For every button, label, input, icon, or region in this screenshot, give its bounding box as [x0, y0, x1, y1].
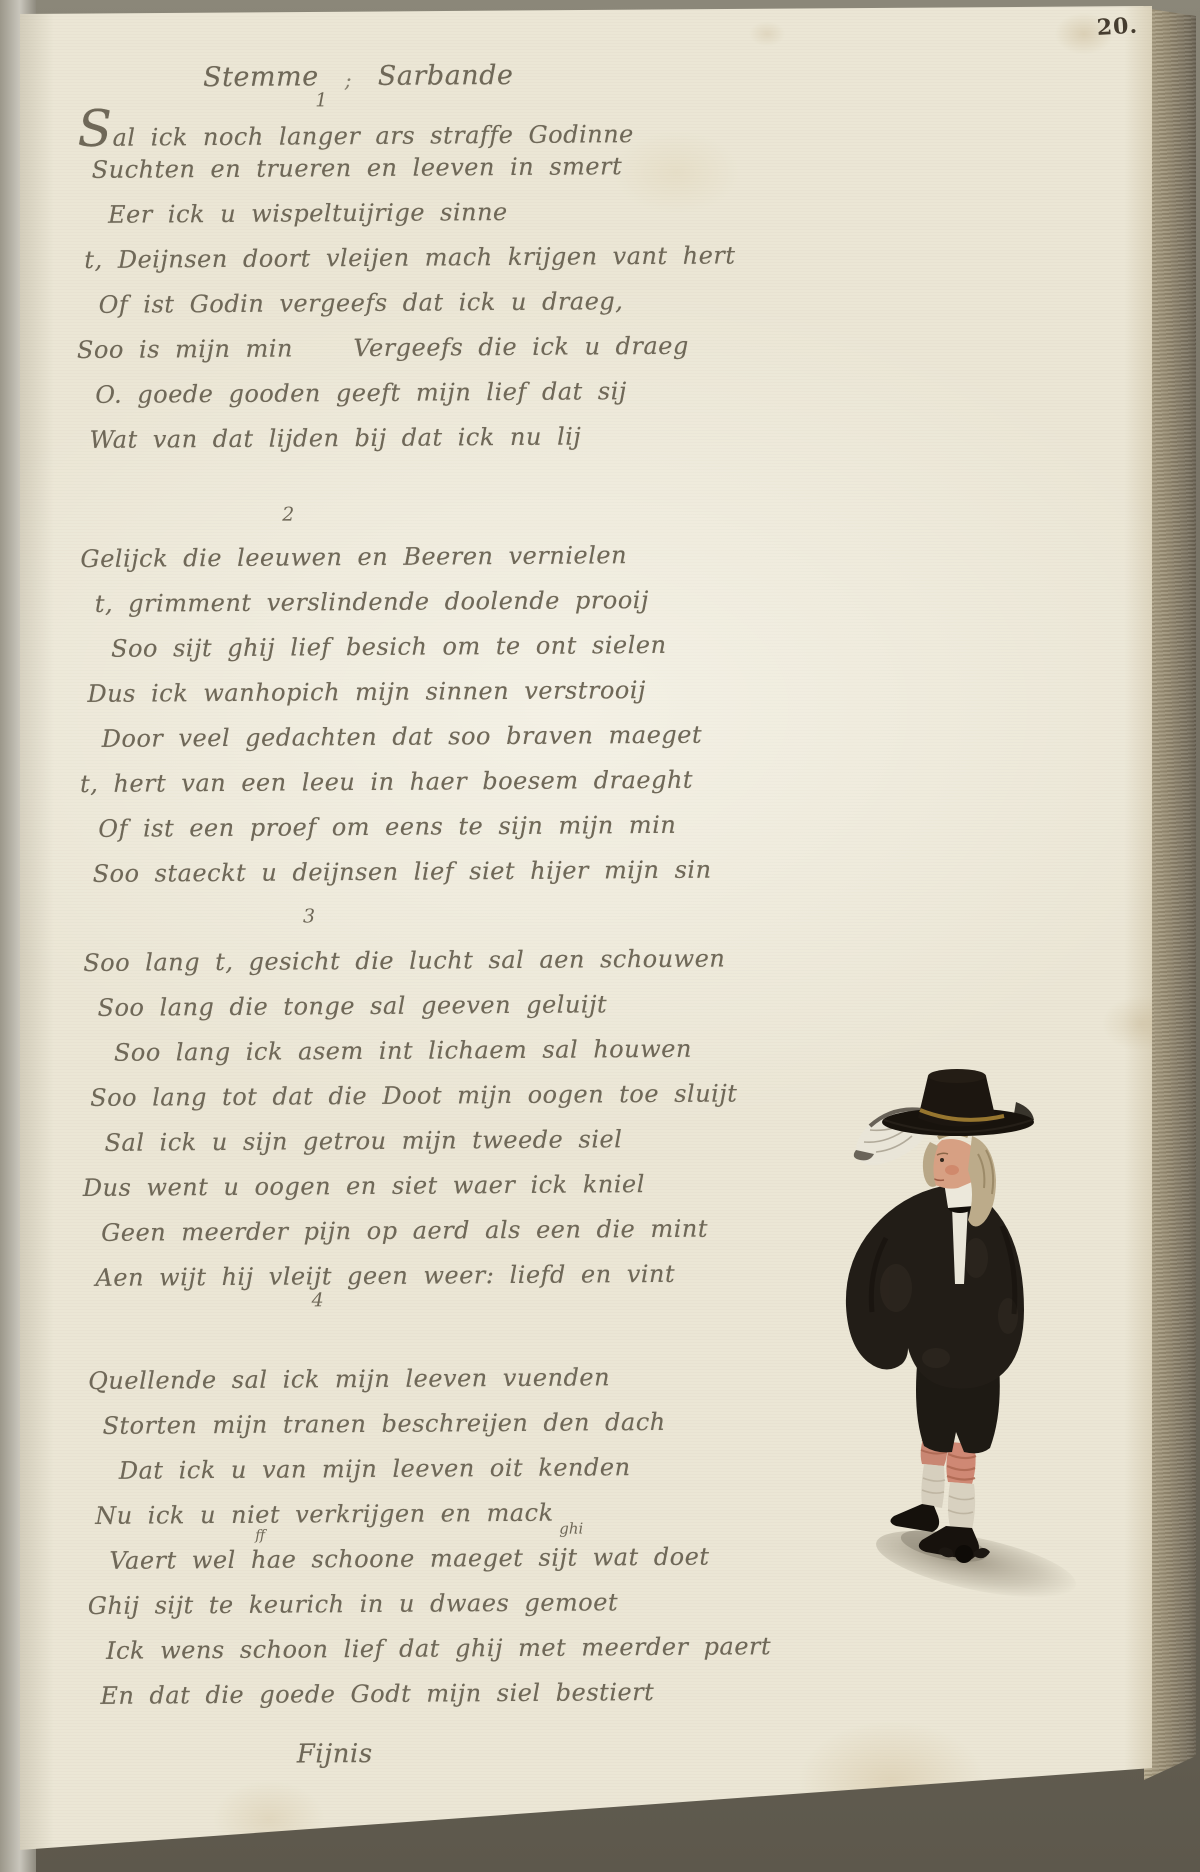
poem-line: Of ist Godin vergeefs dat ick u draeg,: [99, 286, 736, 335]
poem-line: Soo sijt ghij lief besich om te ont siel…: [111, 631, 710, 680]
poem-line: Soo staeckt u deijnsen lief siet hijer m…: [93, 856, 712, 905]
interlinear-superscript-ghi: ghi: [559, 1519, 583, 1537]
stanza-3: Soo lang t, gesicht die lucht sal aen sc…: [83, 944, 739, 1309]
title-stemme: Stemme: [203, 61, 319, 93]
stanza-number-2: 2: [282, 503, 294, 525]
illustration-man: [826, 1058, 1090, 1642]
poem-line: Soo lang t, gesicht die lucht sal aen sc…: [83, 944, 736, 994]
stanza-number-3: 3: [303, 905, 315, 927]
manuscript-photo: { "page": { "number": "20." }, "poem": {…: [0, 0, 1200, 1872]
page-number: 20.: [1096, 13, 1139, 41]
poem-line: Gelijck die leeuwen en Beeren vernielen: [80, 541, 709, 590]
poem-line: Soo lang die tonge sal geeven geluijt: [97, 989, 736, 1038]
poem-line: Geen meerder pijn op aerd als een die mi…: [101, 1214, 738, 1263]
poem-line: Suchten en trueren en leeven in smert: [92, 151, 735, 200]
poem-line: Ick wens schoon lief dat ghij met meerde…: [106, 1632, 771, 1682]
stanza-number-4: 4: [312, 1289, 324, 1311]
man-watercolor-drawing: [826, 1058, 1090, 1642]
finis-label: Fijnis: [297, 1739, 373, 1770]
poem-line: t, hert van een leeu in haer boesem drae…: [80, 766, 711, 815]
poem-line: Of ist een proef om eens te sijn mijn mi…: [98, 811, 711, 860]
poem-line: Dus went u oogen en siet waer ick kniel: [83, 1169, 738, 1219]
poem-line: Vaert wel hae schoone maeget sijt wat do…: [109, 1542, 770, 1592]
poem-line: Nu ick u niet verkrijgen en mack: [95, 1497, 770, 1547]
poem-line: Soo is mijn min Vergeefs die ick u draeg: [77, 331, 736, 381]
poem-line: Soo lang ick asem int lichaem sal houwen: [114, 1034, 737, 1083]
poem-line: t, grimment verslindende doolende prooij: [95, 586, 710, 635]
cloak: [846, 1184, 1024, 1389]
title-tune: Sarbande: [378, 60, 514, 92]
poem-line: Dat ick u van mijn leeven oit kenden: [119, 1452, 770, 1502]
manuscript-page: 20. Stemme ; Sarbande 1 Sal ick noch lan…: [20, 6, 1152, 1856]
poem-line: En dat die goede Godt mijn siel bestiert: [100, 1677, 771, 1727]
poem-line: Eer ick u wispeltuijrige sinne: [108, 196, 735, 245]
poem-line: Sal ick u sijn getrou mijn tweede siel: [104, 1124, 737, 1173]
interlinear-insert-mark: ff: [255, 1528, 265, 1544]
poem-line: Dus ick wanhopich mijn sinnen verstrooij: [87, 676, 710, 725]
poem-line: t, Deijnsen doort vleijen mach krijgen v…: [84, 241, 735, 291]
hat: [882, 1069, 1034, 1136]
poem-line: Sal ick noch langer ars straffe Godinne: [77, 106, 734, 156]
poem-line: Wat van dat lijden bij dat ick nu lij: [90, 421, 737, 471]
poem-line: Storten mijn tranen beschreijen den dach: [102, 1407, 769, 1457]
poem-line: Ghij sijt te keurich in u dwaes gemoet: [88, 1587, 771, 1637]
poem-line: Soo lang tot dat die Doot mijn oogen toe…: [90, 1079, 737, 1129]
stanza-1: Sal ick noch langer ars straffe GodinneS…: [77, 106, 737, 471]
poem-line: Aen wijt hij vleijt geen weer: liefd en …: [95, 1259, 738, 1308]
poem-line: O. goede gooden geeft mijn lief dat sij: [95, 376, 736, 425]
stanza-number-1: 1: [315, 89, 327, 111]
poem-line: Door veel gedachten dat soo braven maege…: [102, 721, 711, 770]
poem-line: Quellende sal ick mijn leeven vuenden: [88, 1362, 769, 1412]
title-separator: ;: [345, 68, 352, 92]
stanza-2: Gelijck die leeuwen en Beeren vernielent…: [80, 541, 711, 905]
stanza-4: Quellende sal ick mijn leeven vuendenSto…: [88, 1362, 772, 1727]
cast-shadow: [871, 1517, 1081, 1610]
poem-title: Stemme ; Sarbande: [203, 60, 514, 93]
